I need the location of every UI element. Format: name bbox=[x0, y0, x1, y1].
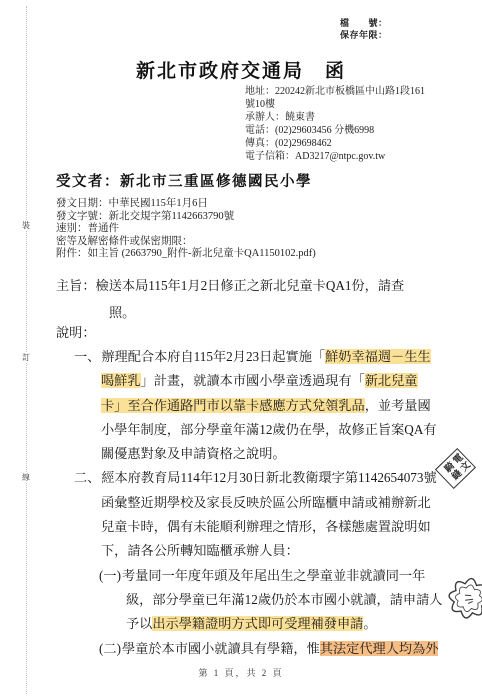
body-text: 級，部分學童已年滿12歲仍於本市國小就讀，請申請人 bbox=[126, 592, 443, 607]
body-line: (二)學童於本市國小就讀具有學籍，惟其法定代理人均為外 bbox=[99, 637, 448, 661]
body-text: 學童於本市國小就讀具有學籍，惟 bbox=[122, 641, 320, 656]
body-line: 喝鮮乳」計畫，就讀本市國小學童透過現有「新北兒童 bbox=[101, 369, 448, 393]
binding-mark-char: 線 bbox=[22, 472, 30, 483]
body-text: 關優惠對象及申請資格之說明。 bbox=[101, 446, 286, 461]
body-line: 小學年制度，部分學童年滿12歲仍在學，故修正旨案QA有 bbox=[101, 418, 448, 442]
body-line: (一)考量同一年度年頭及年尾出生之學童並非就讀同一年 bbox=[99, 564, 448, 588]
body-line: 關優惠對象及申請資格之說明。 bbox=[101, 442, 448, 466]
body-text: 辦理配合本府自115年2月23日起實施「 bbox=[101, 349, 325, 364]
body-text: ，並考量國 bbox=[365, 398, 431, 413]
item-label: 一、 bbox=[74, 349, 100, 364]
official-letter-page: 檔 號： 保存年限： 新北市政府交通局 函 地址：220242新北市板橋區中山路… bbox=[0, 0, 482, 700]
body-text: 兒童卡時，偶有未能順利辦理之情形，各樣態處置說明如 bbox=[101, 519, 431, 534]
meta-security-class: 密等及解密條件或保密期限： bbox=[56, 236, 316, 249]
binding-dotted-line: 裝訂線 bbox=[26, 6, 27, 694]
sender-info-block: 地址：220242新北市板橋區中山路1段161 號10樓 承辦人：饒東書 電話：… bbox=[245, 86, 425, 163]
explanation-label: 說明： bbox=[56, 322, 96, 341]
body-line: 二、經本府教育局114年12月30日新北教衛環字第1142654073號 bbox=[74, 466, 448, 490]
binding-mark-char: 裝 bbox=[22, 220, 30, 231]
explanation-body: 一、辦理配合本府自115年2月23日起實施「鮮奶幸福週－生生喝鮮乳」計畫，就讀本… bbox=[56, 345, 448, 661]
body-text: 考量同一年度年頭及年尾出生之學童並非就讀同一年 bbox=[122, 568, 425, 583]
body-line: 一、辦理配合本府自115年2月23日起實施「鮮奶幸福週－生生 bbox=[74, 345, 448, 369]
subject-line-2: 照。 bbox=[109, 299, 436, 326]
body-text: 經本府教育局114年12月30日新北教衛環字第1142654073號 bbox=[101, 470, 436, 485]
body-line: 下，請各公所轉知臨櫃承辦人員： bbox=[101, 539, 448, 563]
body-line: 予以出示學籍證明方式即可受理補發申請。 bbox=[126, 612, 448, 636]
recipient-line: 受文者：新北市三重區修德國民小學 bbox=[56, 170, 312, 191]
sender-email: 電子信箱：AD3217@ntpc.gov.tw bbox=[245, 151, 425, 164]
body-text: 」計畫，就讀本市國小學童透過現有「 bbox=[141, 373, 365, 388]
highlighted-text: 新北兒童 bbox=[365, 373, 418, 388]
highlighted-text: 出示學籍證明方式即可受理補發申請 bbox=[152, 616, 363, 631]
document-title: 新北市政府交通局 函 bbox=[0, 56, 482, 83]
body-text: 予以 bbox=[126, 616, 152, 631]
body-line: 兒童卡時，偶有未能順利辦理之情形，各樣態處置說明如 bbox=[101, 515, 448, 539]
filing-block: 檔 號： 保存年限： bbox=[340, 18, 388, 41]
subject-block: 主旨：檢送本局115年1月2日修正之新北兒童卡QA1份，請查 照。 bbox=[56, 272, 436, 326]
item-label: (二) bbox=[99, 641, 121, 656]
subject-line-1: 主旨：檢送本局115年1月2日修正之新北兒童卡QA1份，請查 bbox=[56, 272, 436, 299]
body-line: 卡」至合作通路門市以靠卡感應方式兌領乳品，並考量國 bbox=[101, 394, 448, 418]
sender-address-line2: 號10樓 bbox=[245, 99, 425, 112]
sender-phone: 電話：(02)29603456 分機6998 bbox=[245, 125, 425, 138]
sender-fax: 傳真：(02)29698462 bbox=[245, 138, 425, 151]
binding-mark-char: 訂 bbox=[22, 352, 30, 363]
body-text: 。 bbox=[363, 616, 376, 631]
highlighted-text: 喝鮮乳 bbox=[101, 373, 141, 388]
file-number-label: 檔 號： bbox=[340, 18, 388, 30]
meta-doc-number: 發文字號：新北交規字第1142663790號 bbox=[56, 211, 316, 224]
meta-speed-class: 速別：普通件 bbox=[56, 223, 316, 236]
body-line: 級，部分學童已年滿12歲仍於本市國小就讀，請申請人 bbox=[126, 588, 448, 612]
page-number-footer: 第 1 頁，共 2 頁 bbox=[0, 666, 482, 679]
item-label: (一) bbox=[99, 568, 121, 583]
highlighted-text: 其法定代理人均為外 bbox=[320, 641, 439, 656]
meta-attachment: 附件：如主旨 (2663790_附件-新北兒童卡QA1150102.pdf) bbox=[56, 248, 316, 261]
meta-issue-date: 發文日期：中華民國115年1月6日 bbox=[56, 198, 316, 211]
body-text: 下，請各公所轉知臨櫃承辦人員： bbox=[101, 543, 299, 558]
sender-address-line1: 地址：220242新北市板橋區中山路1段161 bbox=[245, 86, 425, 99]
sender-contact-person: 承辦人：饒東書 bbox=[245, 112, 425, 125]
retention-period-label: 保存年限： bbox=[340, 30, 388, 42]
item-label: 二、 bbox=[74, 470, 100, 485]
body-text: 函彙整近期學校及家長反映於區公所臨櫃申請或補辦新北 bbox=[101, 495, 431, 510]
body-line: 函彙整近期學校及家長反映於區公所臨櫃申請或補辦新北 bbox=[101, 491, 448, 515]
body-text: 小學年制度，部分學童年滿12歲仍在學，故修正旨案QA有 bbox=[101, 422, 437, 437]
highlighted-text: 鮮奶幸福週－生生 bbox=[325, 349, 431, 364]
highlighted-text: 卡」至合作通路門市以靠卡感應方式兌領乳品 bbox=[101, 398, 365, 413]
document-meta-block: 發文日期：中華民國115年1月6日 發文字號：新北交規字第1142663790號… bbox=[56, 198, 316, 261]
